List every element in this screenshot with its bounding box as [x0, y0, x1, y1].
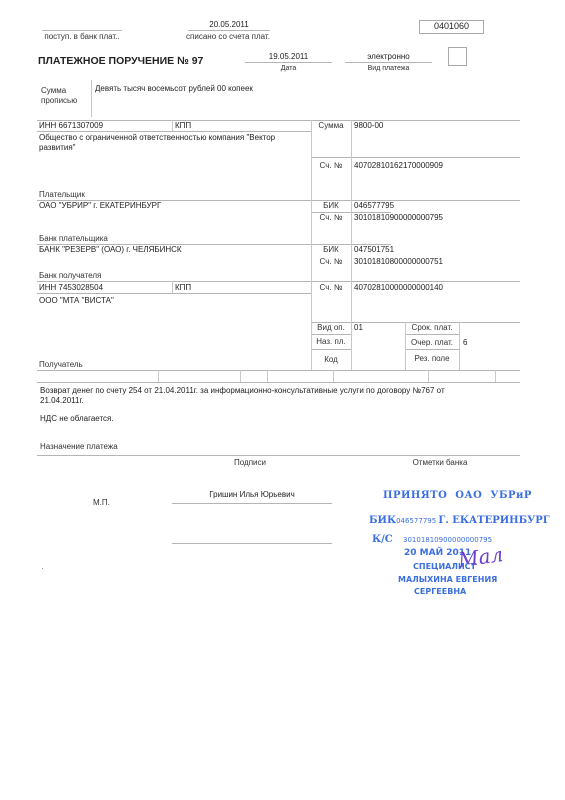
debited-date-label: списано со счета плат. [182, 32, 274, 42]
payer-amount-value: 9800-00 [354, 121, 383, 131]
op-type-label: Вид оп. [311, 323, 351, 333]
bank-marks-header: Отметки банка [385, 458, 495, 468]
purpose-bottom-line [37, 455, 520, 456]
payee-bank-account-value: 30101810800000000751 [354, 257, 443, 267]
purpose-line-2: 21.04.2011г. [40, 396, 84, 406]
grid-line [405, 334, 459, 335]
amount-words-label: Сумма прописью [41, 86, 86, 106]
document-date-line [245, 62, 332, 63]
payment-type-line [345, 62, 432, 63]
grid-line [37, 131, 311, 132]
grid-line [351, 120, 352, 370]
payee-bank-name: БАНК "РЕЗЕРВ" (ОАО) г. ЧЕЛЯБИНСК [39, 245, 182, 255]
signatures-header: Подписи [200, 458, 300, 468]
payment-type: электронно [345, 52, 432, 62]
grid-line [172, 281, 173, 293]
reserve-label: Рез. поле [405, 354, 459, 364]
payer-bank-name: ОАО "УБРИР" г. ЕКАТЕРИНБУРГ [39, 201, 161, 211]
grid-line [311, 349, 351, 350]
payee-role-label: Получатель [39, 360, 83, 370]
signature-line-1 [172, 503, 332, 504]
payee-inn: ИНН 7453028504 [39, 283, 103, 293]
grid-line [37, 382, 520, 383]
payer-bank-bik-label: БИК [311, 201, 351, 211]
payee-bank-role-label: Банк получателя [39, 271, 101, 281]
signer-name: Гришин Илья Юрьевич [172, 490, 332, 500]
payer-bank-account-value: 30101810900000000795 [354, 213, 443, 223]
grid-line [267, 370, 268, 382]
received-date-label: поступ. в банк плат.. [40, 32, 124, 42]
vat-note: НДС не облагается. [40, 414, 114, 424]
grid-line [37, 293, 311, 294]
grid-line [311, 334, 351, 335]
grid-line [333, 370, 334, 382]
document-date: 19.05.2011 [245, 52, 332, 62]
purpose-line-1: Возврат денег по счету 254 от 21.04.2011… [40, 386, 445, 396]
stamp-ks-label: К/С [372, 534, 393, 545]
stamp-accepted: ПРИНЯТО ОАО УБРиР [383, 490, 532, 501]
received-date-line [42, 30, 122, 31]
payer-name: Общество с ограниченной ответственностью… [39, 133, 304, 153]
priority-value: 6 [463, 338, 467, 348]
grid-line [37, 281, 520, 282]
stamp-bik-row: БИК046577795 Г. ЕКАТЕРИНБУРГ [369, 515, 550, 526]
payment-type-label: Вид платежа [345, 64, 432, 74]
scan-speck [42, 568, 43, 569]
stamp-ks-value: 30101810900000000795 [403, 536, 492, 544]
stamp-name-2: СЕРГЕЕВНА [414, 587, 466, 596]
stamp-city: Г. ЕКАТЕРИНБУРГ [438, 515, 549, 526]
payer-kpp-label: КПП [175, 121, 191, 131]
debited-date-line [188, 30, 270, 31]
payer-amount-label: Сумма [311, 121, 351, 131]
payee-kpp-label: КПП [175, 283, 191, 293]
payer-bank-account-label: Сч. № [311, 213, 351, 223]
payee-account-value: 40702810000000000140 [354, 283, 443, 293]
debited-date: 20.05.2011 [186, 20, 272, 30]
priority-label: Очер. плат. [405, 338, 459, 348]
grid-line [311, 157, 520, 158]
grid-line [459, 322, 460, 370]
op-type-value: 01 [354, 323, 363, 333]
purpose-label: Назначение платежа [40, 442, 118, 452]
payer-bank-role-label: Банк плательщика [39, 234, 108, 244]
document-date-label: Дата [245, 64, 332, 74]
form-code: 0401060 [419, 21, 484, 31]
document-title: ПЛАТЕЖНОЕ ПОРУЧЕНИЕ № 97 [38, 56, 203, 66]
payee-bank-account-label: Сч. № [311, 257, 351, 267]
payee-bank-bik-label: БИК [311, 245, 351, 255]
payee-account-label: Сч. № [311, 283, 351, 293]
grid-line [495, 370, 496, 382]
grid-line [428, 370, 429, 382]
grid-line [240, 370, 241, 382]
payer-role-label: Плательщик [39, 190, 85, 200]
stamp-bik-value: 046577795 [396, 517, 436, 525]
grid-line [158, 370, 159, 382]
payee-name: ООО "МТА "ВИСТА" [39, 296, 114, 306]
grid-line [405, 349, 459, 350]
amount-words-divider [91, 80, 92, 117]
due-label: Срок. плат. [405, 323, 459, 333]
payer-inn: ИНН 6671307009 [39, 121, 103, 131]
stamp-name-1: МАЛЫХИНА ЕВГЕНИЯ [398, 575, 497, 584]
purpose-code-label: Наз. пл. [311, 337, 351, 347]
bank-officer-signature: Мал [457, 542, 505, 572]
stamp-place-label: М.П. [93, 498, 110, 508]
payer-account-value: 40702810162170000909 [354, 161, 443, 171]
code-label: Код [311, 355, 351, 365]
signature-line-2 [172, 543, 332, 544]
grid-line [37, 120, 520, 121]
grid-line [172, 120, 173, 131]
status-box [448, 47, 467, 66]
stamp-bik-label: БИК [369, 515, 396, 526]
payee-bank-bik-value: 047501751 [354, 245, 394, 255]
amount-words-value: Девять тысяч восемьсот рублей 00 копеек [95, 84, 253, 94]
grid-line [37, 370, 520, 371]
payer-bank-bik-value: 046577795 [354, 201, 394, 211]
payer-account-label: Сч. № [311, 161, 351, 171]
